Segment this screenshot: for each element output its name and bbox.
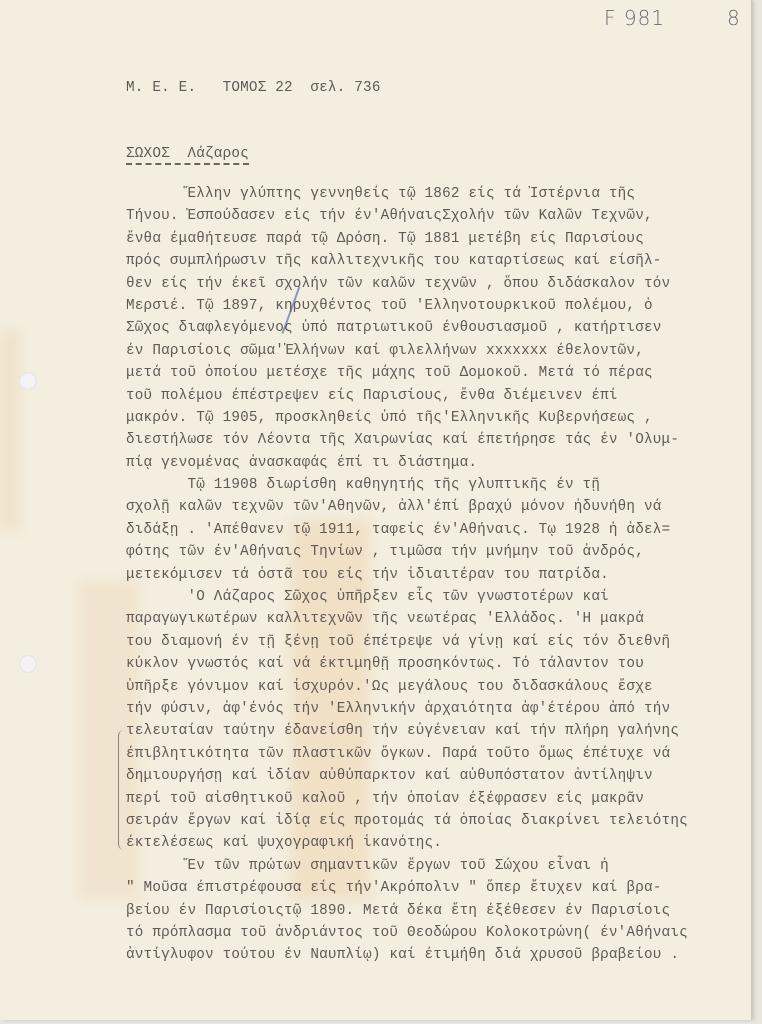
- text-line: δημιουργήσῃ καί ἰδίαν αὐθύπαρκτον καί αὐ…: [126, 765, 688, 787]
- punch-hole-icon: [19, 655, 37, 673]
- paper-stain: [0, 330, 20, 530]
- source-reference: Μ. Ε. Ε. ΤΟΜΟΣ 22 σελ. 736: [126, 80, 381, 96]
- text-line: φότης τῶν έν'Αθήναις Τηνίων , τιμῶσα τήν…: [126, 541, 688, 563]
- text-line: ὑπῆρξε γόνιμον καί ἰσχυρόν.'Ως μεγάλους …: [126, 676, 688, 698]
- text-line: ἀντίγλυφον τούτου έν Ναυπλίῳ) καί έτιμήθ…: [126, 944, 688, 966]
- document-page: F 981 8 Μ. Ε. Ε. ΤΟΜΟΣ 22 σελ. 736 ΣΩΧΟΣ…: [0, 0, 751, 1020]
- text-line: περί τοῦ αἰσθητικοῦ καλοῦ , τήν ὁποίαν έ…: [126, 788, 688, 810]
- text-line: Μερσιέ. Τῷ 1897, κηρυχθέντος τοῦ 'Ελληνο…: [126, 295, 688, 317]
- text-line: πρός συμπλήρωσιν τῆς καλλιτεχνικῆς του κ…: [126, 250, 688, 272]
- text-line: του διαμονή έν τῇ ξένῃ τοῦ έπέτρεψε νά γ…: [126, 631, 688, 653]
- punch-hole-icon: [19, 372, 37, 390]
- text-line: έκτελέσεως καί ψυχογραφική ἱκανότης.: [126, 832, 688, 854]
- text-line: παραγωγικωτέρων καλλιτεχνῶν τῆς νεωτέρας…: [126, 608, 688, 630]
- text-line: τήν φύσιν, ἀφ'ένός τήν 'Ελληνικήν ἀρχαιό…: [126, 698, 688, 720]
- text-line: ἔνθα έμαθήτευσε παρά τῷ Δρόση. Τῷ 1881 μ…: [126, 228, 688, 250]
- text-line: τό πρόπλασμα τοῦ ἀνδριάντος τοῦ Θεοδώρου…: [126, 922, 688, 944]
- handwritten-ref-code: F 981: [604, 6, 665, 30]
- text-line: μακρόν. Τῷ 1905, προσκληθείς ὑπό τῆς'Ελλ…: [126, 407, 688, 429]
- handwritten-page-number: 8: [727, 6, 740, 30]
- text-line: μετά τοῦ ὁποίου μετέσχε τῆς μάχης τοῦ Δο…: [126, 362, 688, 384]
- text-line: θεν είς τήν έκεῖ σχολήν τῶν καλῶν τεχνῶν…: [126, 273, 688, 295]
- text-line: Ἕν τῶν πρώτων σημαντικῶν ἔργων τοῦ Σώχου…: [126, 855, 688, 877]
- text-line: σχολῇ καλῶν τεχνῶν τῶν'Αθηνῶν, ἀλλ'έπί β…: [126, 496, 688, 518]
- text-line: κύκλον γνωστός καί νά έκτιμηθῇ προσηκόντ…: [126, 653, 688, 675]
- text-line: τελευταίαν ταύτην έδανείσθη τήν εὐγένεια…: [126, 720, 688, 742]
- text-line: Τήνου. Ἐσπούδασεν είς τήν έν'ΑθήναιςΣχολ…: [126, 205, 688, 227]
- text-line: πίᾳ γενομένας ἀνασκαφάς έπί τι διάστημα.: [126, 452, 688, 474]
- text-line: βείου έν Παρισίοιςτῷ 1890. Μετά δέκα ἔτη…: [126, 900, 688, 922]
- text-line: 'Ο Λάζαρος Σῶχος ὑπῆρξεν εἷς τῶν γνωστοτ…: [126, 586, 688, 608]
- text-line: σειράν ἔργων καί ἰδίᾳ είς προτομάς τά ὁπ…: [126, 810, 688, 832]
- margin-bracket-mark: [118, 730, 125, 850]
- text-line: μετεκόμισεν τά ὀστᾶ του είς τήν ἰδιαιτέρ…: [126, 564, 688, 586]
- text-line: διδάξῃ . 'Απέθανεν τῷ 1911, ταφείς έν'Αθ…: [126, 519, 688, 541]
- text-line: έν Παρισίοις σῶμα'Ἑλλήνων καί φιλελλήνων…: [126, 340, 688, 362]
- text-line: τοῦ πολέμου έπέστρεψεν είς Παρισίους, ἔν…: [126, 385, 688, 407]
- text-line: Τῷ 11908 διωρίσθη καθηγητής τῆς γλυπτικῆ…: [126, 474, 688, 496]
- text-line: Σῶχος διαφλεγόμενος ὑπό πατριωτικοῦ ένθο…: [126, 317, 688, 339]
- text-line: Ἕλλην γλύπτης γεννηθείς τῷ 1862 είς τά Ἰ…: [126, 183, 688, 205]
- text-line: έπιβλητικότητα τῶν πλαστικῶν ὄγκων. Παρά…: [126, 743, 688, 765]
- body-text: Ἕλλην γλύπτης γεννηθείς τῷ 1862 είς τά Ἰ…: [126, 183, 688, 967]
- entry-title: ΣΩΧΟΣ Λάζαρος: [126, 146, 249, 165]
- text-line: διεστήλωσε τόν Λέοντα τῆς Χαιρωνίας καί …: [126, 429, 688, 451]
- text-line: " Μοῦσα έπιστρέφουσα είς τήν'Ακρόπολιν "…: [126, 877, 688, 899]
